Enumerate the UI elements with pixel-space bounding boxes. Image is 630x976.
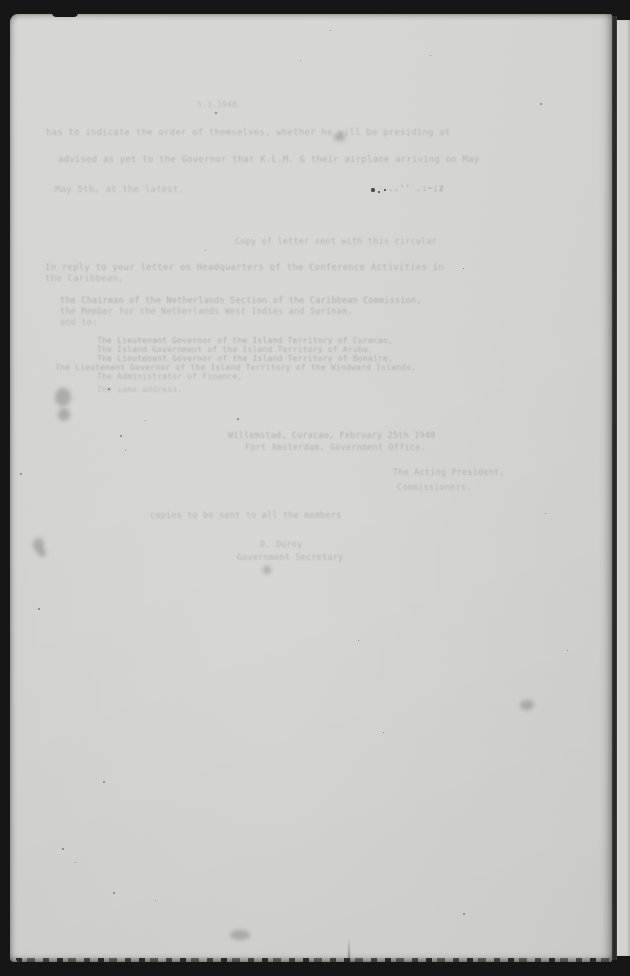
dust-speck [120,435,122,437]
ghost-text-line: has to indicate the order of themselves,… [46,128,451,138]
ghost-text-line: the Member for the Netherlands West Indi… [60,307,352,317]
dust-speck [463,268,464,269]
ghost-text-line: copies to be sent to all the members [150,511,341,521]
ghost-text-line: The Island Government of the Island Terr… [97,345,373,354]
ghost-text-line: Copy of letter sent with this circular [235,237,437,247]
ink-blot [371,188,375,192]
document-page: 5.3.1948.has to indicate the order of th… [10,14,612,962]
dust-speck [75,862,76,863]
ghost-text-line: May 5th, at the latest. [55,185,184,195]
ghost-text-line: Commissioners. [397,483,471,493]
ghost-text-line: The Lieutenant Governor of the Island Te… [97,336,393,345]
dust-speck [300,60,301,61]
dust-speck [545,513,546,514]
ink-blot [384,189,386,191]
paper-smudge [58,408,70,421]
ghost-text-line: The same address. [97,385,182,394]
dust-speck [463,913,465,915]
scanned-document-photo: 5.3.1948.has to indicate the order of th… [0,0,630,976]
ghost-text-line: D. Duroy [260,540,303,550]
dust-speck [103,781,105,783]
ghost-text-line: The Lieutenant Governor of the Island Te… [97,354,393,363]
dust-speck [62,848,64,850]
ghost-text-line: Fort Amsterdam, Government Office. [245,443,426,453]
dust-speck [540,103,542,105]
dust-speck [330,30,331,31]
dust-speck [358,640,359,641]
ghost-text-line: Government Secretary [237,553,343,563]
paper-smudge [38,549,46,557]
ghost-text-line: advised as yet to the Governor that K.L.… [58,155,479,165]
ghost-text-line: the Caribbean, [45,274,124,284]
dust-speck [237,418,239,420]
paper-crease [348,938,350,962]
dust-speck [383,732,384,733]
paper-smudge [230,930,250,940]
dust-speck [215,112,217,114]
page-edge-notch [52,12,78,17]
ghost-text-line: 5.3.1948. [197,100,242,109]
paper-smudge [334,133,345,141]
ink-smear: ..'' .:~;z [388,184,444,194]
ghost-text-line: and to: [60,318,97,328]
dust-speck [145,420,146,421]
stains-layer [10,14,612,962]
ghost-text-line: Willemstad, Curacao, February 25th 1948 [228,431,435,441]
ghost-text-line: The Administrator of Finance, [97,372,242,381]
dust-speck [125,450,126,451]
ghost-text-line: the Chairman of the Netherlands Section … [60,296,422,306]
ghost-text-line: The Acting President, [393,468,505,478]
dust-speck [20,473,22,475]
dust-speck [155,900,156,901]
dust-speck [113,892,115,894]
dust-speck [108,388,110,390]
dust-speck [430,55,431,56]
ink-blot [378,191,380,193]
underlying-page-edge [617,20,630,956]
ghost-text-line: In reply to your letter on Headquarters … [45,263,444,273]
dust-speck [38,608,40,610]
dust-speck [567,650,568,651]
paper-smudge [263,566,271,574]
ghost-text-line: The Lieutenant Governor of the Island Te… [55,363,416,372]
bleedthrough-text-layer: 5.3.1948.has to indicate the order of th… [10,14,612,962]
paper-smudge [33,538,44,552]
dust-speck [205,250,206,251]
paper-smudge [55,388,71,406]
paper-smudge [520,700,534,710]
